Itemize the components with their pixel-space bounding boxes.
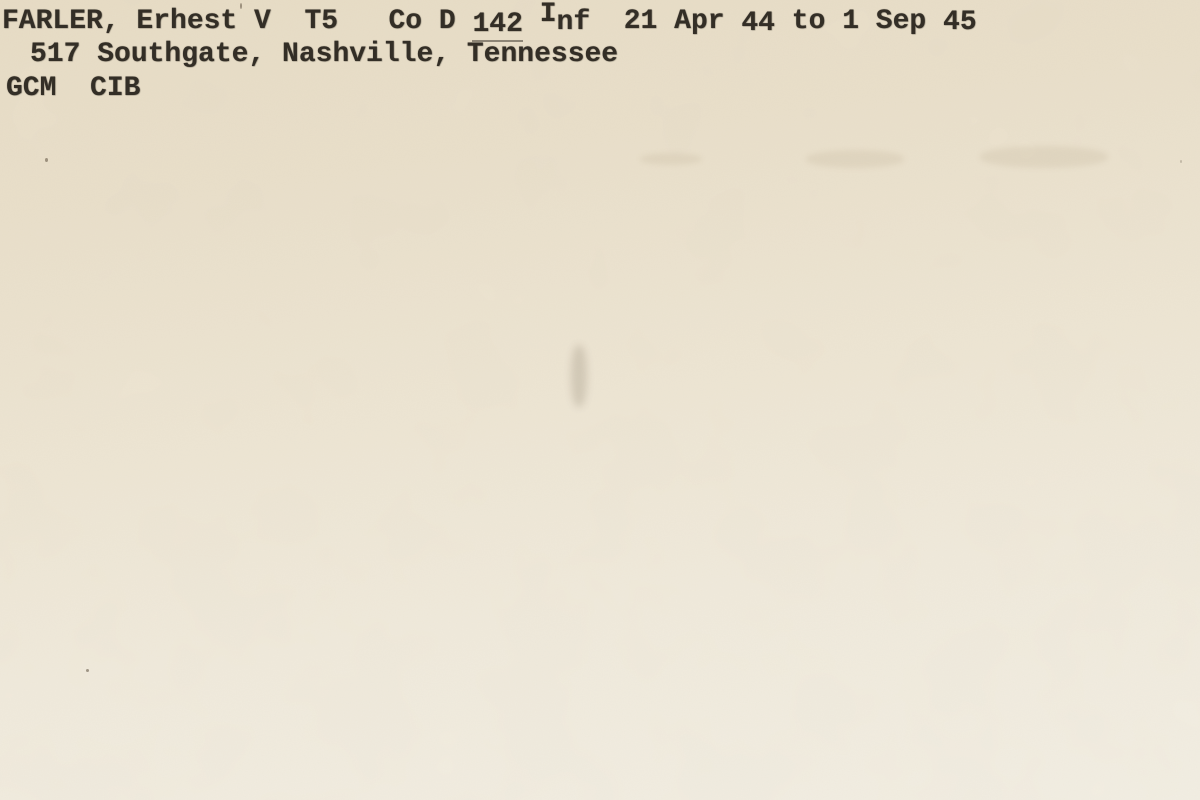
line1-segment: 44 [741, 10, 775, 38]
service-record-line: FARLER, Erhest V T5 Co D 142 Inf 21 Apr … [2, 8, 977, 39]
typewritten-text-block: FARLER, Erhest V T5 Co D 142 Inf 21 Apr … [0, 0, 1200, 800]
scanned-card: FARLER, Erhest V T5 Co D 142 Inf 21 Apr … [0, 0, 1200, 800]
line1-segment: to 1 Sep [775, 8, 943, 36]
line1-segment: FARLER, Erhest V T5 Co D [2, 8, 472, 36]
line1-segment: 142 [472, 11, 522, 42]
address-line: 517 Southgate, Nashville, Tennessee [30, 41, 618, 69]
line1-segment: 21 Apr [590, 8, 741, 36]
line1-segment [523, 8, 540, 36]
line1-segment: 45 [943, 9, 977, 37]
line1-segment: nf [557, 9, 591, 37]
line1-segment: I [540, 1, 557, 29]
awards-line: GCM CIB [6, 75, 140, 103]
